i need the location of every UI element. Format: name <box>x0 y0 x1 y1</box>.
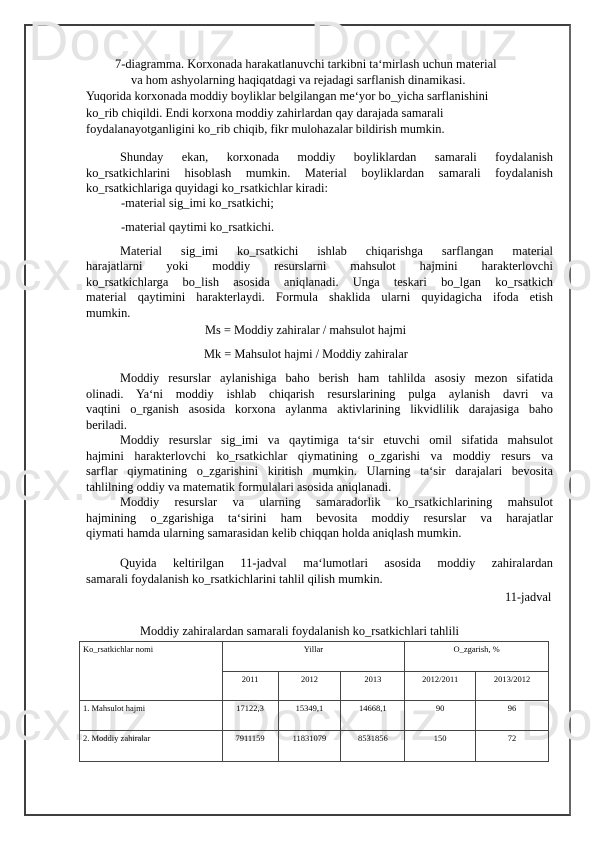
row-name: 1. Mahsulot hajmi <box>80 701 223 731</box>
list-item: -material qaytimi ko_rsatkichi. <box>121 220 274 235</box>
diagram-caption-line: va hom ashyolarning haqiqatdagi va rejad… <box>131 73 465 88</box>
header-year: 2012 <box>278 672 341 701</box>
header-ratio: 2012/2011 <box>405 672 476 701</box>
header-ratio: 2013/2012 <box>476 672 549 701</box>
paragraph-line: material qaytimini harakterlaydi. Formul… <box>86 290 553 305</box>
paragraph-line: ko_rsatkichlariga quyidagi ko_rsatkichla… <box>86 181 553 196</box>
paragraph-line: Moddiy resurslar aylanishiga baho berish… <box>86 371 553 386</box>
paragraph-line: Material sig_imi ko_rsatkichi ishlab chi… <box>86 244 553 259</box>
paragraph-line: harajatlarni yoki moddiy resurslarni mah… <box>86 259 553 274</box>
header-year: 2011 <box>222 672 278 701</box>
indicators-table: Ko_rsatkichlar nomi Yillar O_zgarish, % … <box>79 641 549 762</box>
row-name: 2. Moddiy zahiralar <box>80 731 223 762</box>
cell-value: 72 <box>476 731 549 762</box>
intro-line: foydalanayotganligini ko_rib chiqib, fik… <box>86 122 445 137</box>
cell-value: 8531856 <box>341 731 405 762</box>
paragraph-line: Moddiy resurslar sig_imi va qaytimiga ta… <box>86 433 553 448</box>
table-row: 2. Moddiy zahiralar 7911159 11831079 853… <box>80 731 549 762</box>
intro-line: Yuqorida korxonada moddiy boyliklar belg… <box>86 89 488 104</box>
cell-value: 96 <box>476 701 549 731</box>
paragraph-line: hajmining o_zgarishiga ta‘sirini ham bev… <box>86 511 553 526</box>
paragraph-line: Quyida keltirilgan 11-jadval ma‘lumotlar… <box>86 556 553 571</box>
paragraph-line: qiymati hamda ularning samarasidan kelib… <box>86 526 553 541</box>
cell-value: 11831079 <box>278 731 341 762</box>
paragraph-line: ko_rsatkichlarini hisoblash mumkin. Mate… <box>86 166 553 181</box>
paragraph-line: Moddiy resurslar va ularning samaradorli… <box>86 495 553 510</box>
cell-value: 7911159 <box>222 731 278 762</box>
cell-value: 15349,1 <box>278 701 341 731</box>
table-row: 1. Mahsulot hajmi 17122,3 15349,1 14668,… <box>80 701 549 731</box>
table-title: Moddiy zahiralardan samarali foydalanish… <box>140 624 459 639</box>
intro-line: ko_rib chiqildi. Endi korxona moddiy zah… <box>86 106 444 121</box>
cell-value: 14668,1 <box>341 701 405 731</box>
diagram-caption-line: 7-diagramma. Korxonada harakatlanuvchi t… <box>115 57 497 72</box>
paragraph-line: beriladi. <box>86 418 553 433</box>
cell-value: 150 <box>405 731 476 762</box>
paragraph-line: Shunday ekan, korxonada moddiy boyliklar… <box>86 150 553 165</box>
paragraph-line: hajmini harakterlovchi ko_rsatkichlar qi… <box>86 449 553 464</box>
paragraph-line: mumkin. <box>86 306 553 321</box>
header-years: Yillar <box>222 642 405 672</box>
paragraph-line: tahlilning oddiy va matematik formulalar… <box>86 480 553 495</box>
cell-value: 17122,3 <box>222 701 278 731</box>
header-year: 2013 <box>341 672 405 701</box>
paragraph-line: sarflar qiymatining o_zgarishini kiritis… <box>86 464 553 479</box>
paragraph-line: ko_rsatkichlarga bo_lish asosida aniqlan… <box>86 275 553 290</box>
table-label: 11-jadval <box>505 590 551 605</box>
paragraph-line: vaqtini o_rganish asosida korxona aylanm… <box>86 402 553 417</box>
header-change: O_zgarish, % <box>405 642 549 672</box>
paragraph-line: olinadi. Ya‘ni moddiy ishlab chiqarish r… <box>86 387 553 402</box>
cell-value: 90 <box>405 701 476 731</box>
formula-mk: Mk = Mahsulot hajmi / Moddiy zahiralar <box>204 347 408 362</box>
list-item: -material sig_imi ko_rsatkichi; <box>121 196 274 211</box>
formula-ms: Ms = Moddiy zahiralar / mahsulot hajmi <box>205 323 406 338</box>
paragraph-line: samarali foydalanish ko_rsatkichlarini t… <box>86 572 553 587</box>
header-indicator-name: Ko_rsatkichlar nomi <box>80 642 223 701</box>
